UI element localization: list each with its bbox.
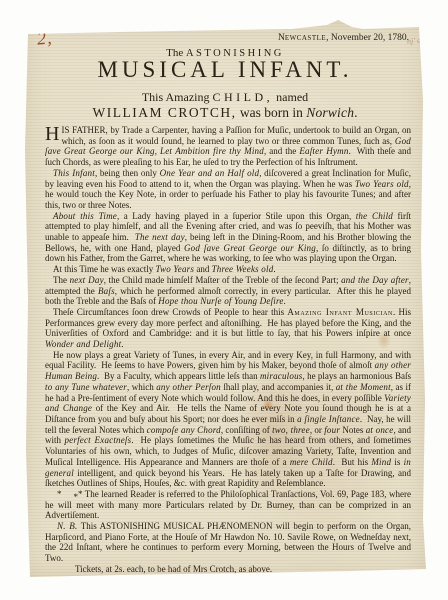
paragraph-age: At this Time he was exactly Two Years an…	[45, 264, 411, 275]
broadside-paper: 2, nj' ab Newcastle, November 20, 1780. …	[22, 20, 428, 578]
scan-background: 2, nj' ab Newcastle, November 20, 1780. …	[0, 0, 448, 600]
body-text: HIS FATHER, by Trade a Carpenter, having…	[45, 125, 411, 575]
paragraph-about-this-time: About this Time, a Lady having played in…	[45, 211, 411, 265]
handwritten-pencil-note: nj' ab	[407, 35, 426, 46]
paragraph-infant: This Infant, being then only One Year an…	[45, 168, 411, 211]
paragraph-father: HIS FATHER, by Trade a Carpenter, having…	[45, 125, 411, 168]
paragraph-crowds: Theſe Circumſtances ſoon drew Crowds of …	[45, 307, 411, 350]
subtitle: This Amazing CHILD, named	[22, 90, 428, 105]
dateline: Newcastle, November 20, 1780.	[278, 33, 409, 43]
paragraph-nota-bene: N. B. This ASTONISHING MUSICAL PHÆNOMENO…	[45, 521, 411, 564]
paragraph-tickets: Tickets, at 2s. each, to be had of Mrs C…	[45, 564, 411, 575]
paragraph-footnote: *** The learned Reader is referred to th…	[45, 489, 411, 521]
main-title: MUSICAL INFANT.	[22, 57, 428, 83]
subject-line: WILLIAM CROTCH, was born in Norwich.	[22, 105, 428, 121]
paragraph-next-day: The next Day, the Child made himſelf Maſ…	[45, 275, 411, 307]
paragraph-powers: He now plays a great Variety of Tunes, i…	[45, 350, 411, 489]
